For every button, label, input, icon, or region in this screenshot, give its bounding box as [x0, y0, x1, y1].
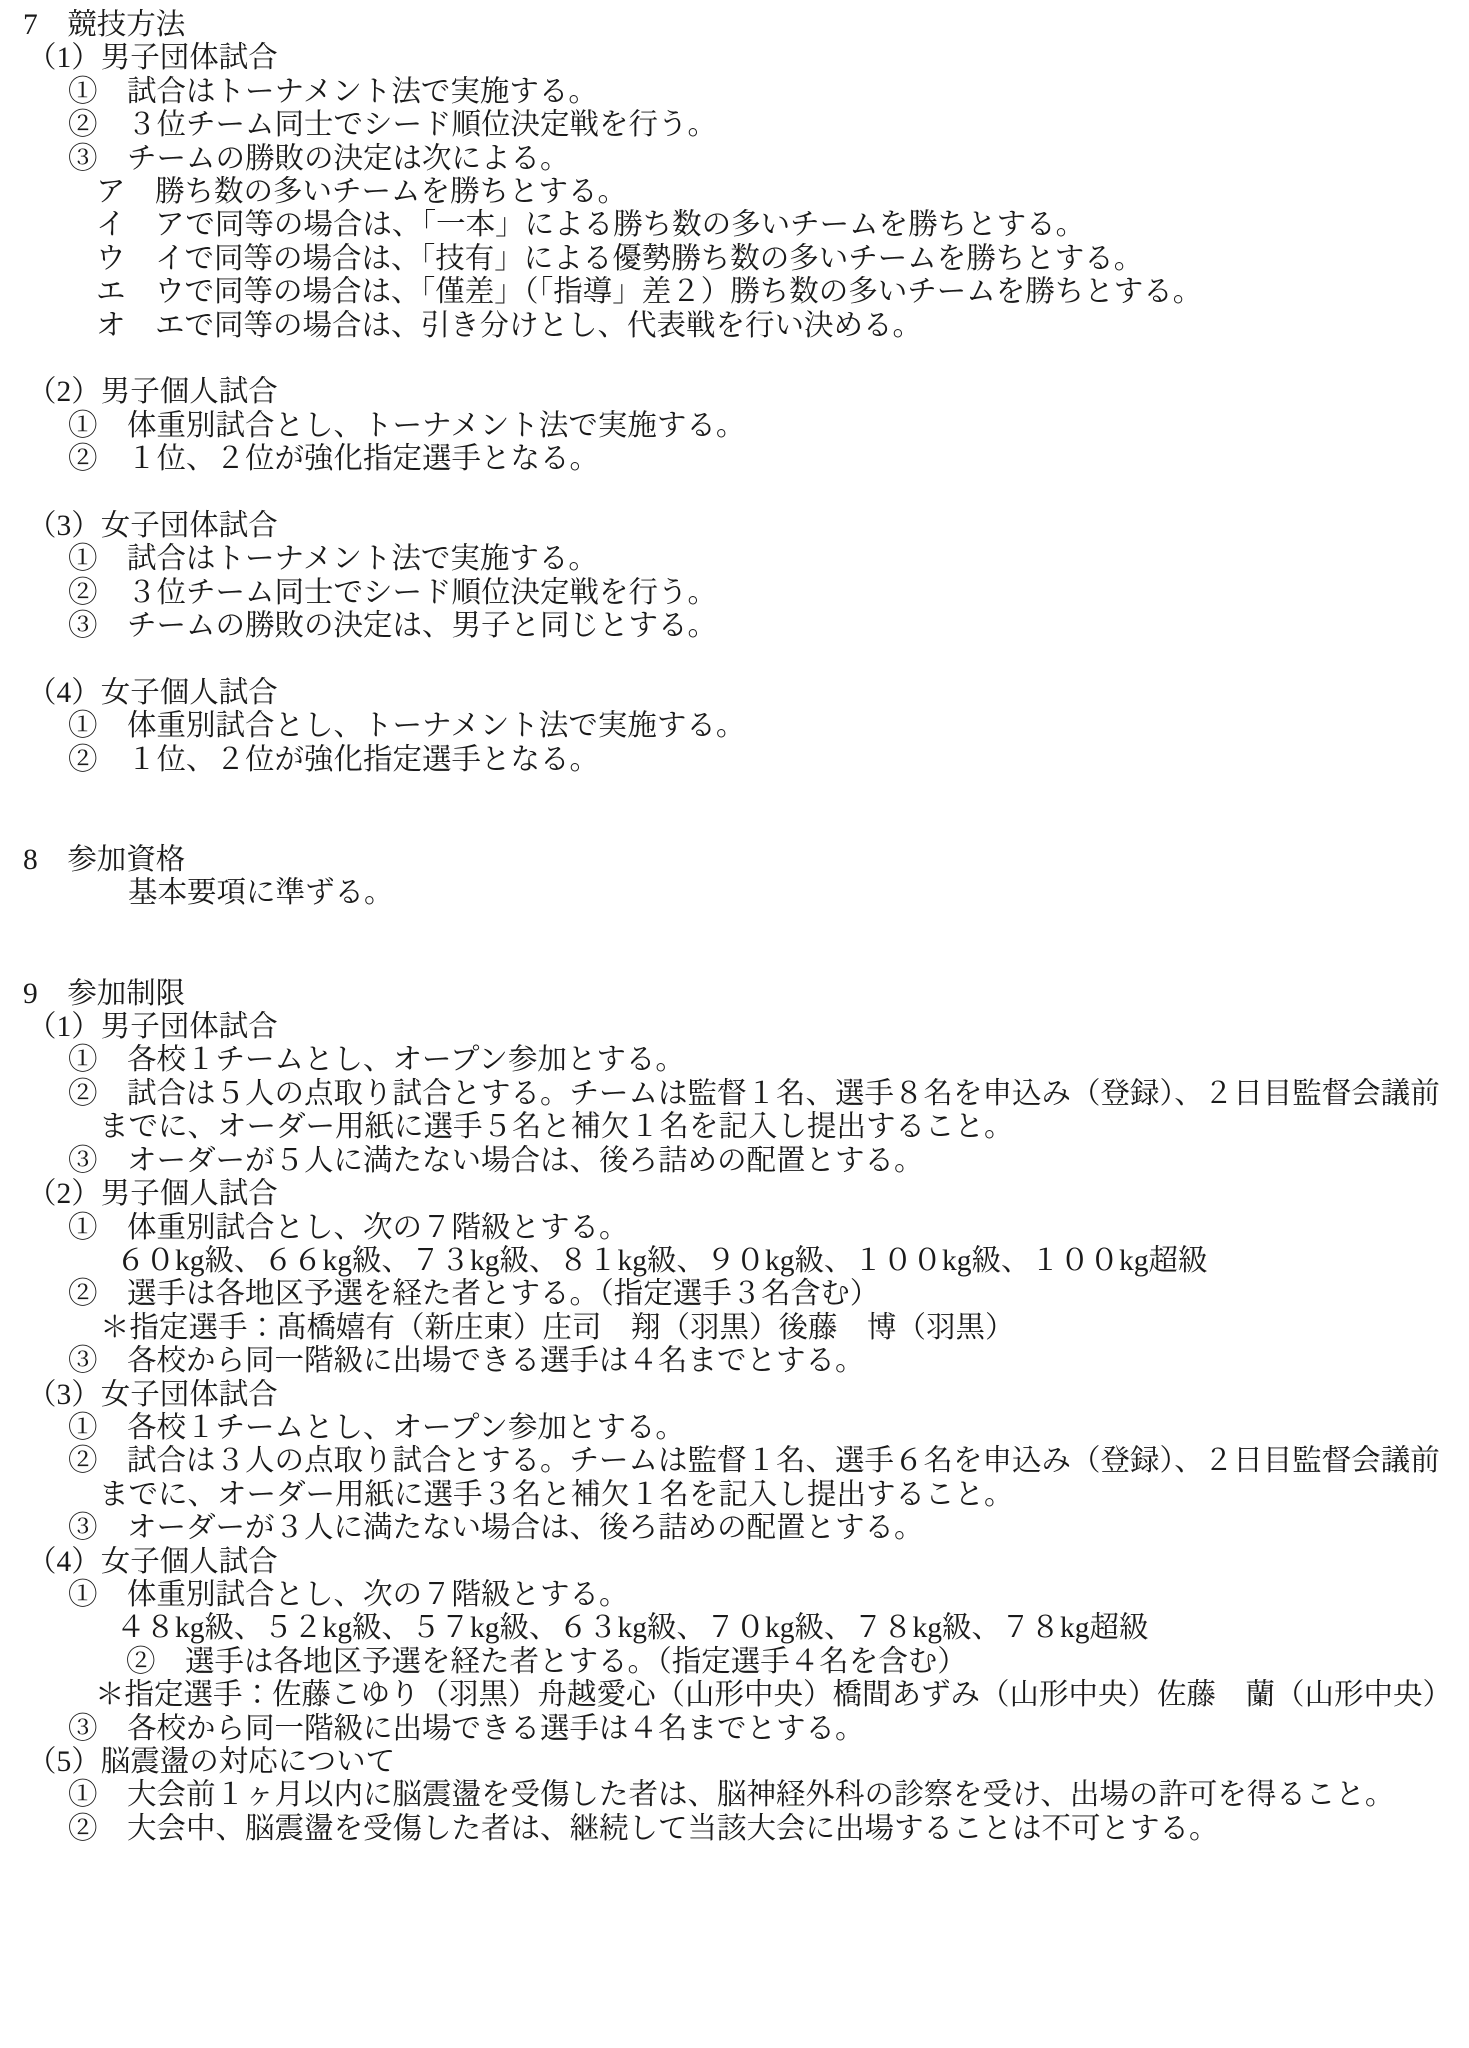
list-item: ① 大会前１ヶ月以内に脳震盪を受傷した者は、脳神経外科の診察を受け、出場の許可を… [0, 1779, 1469, 1812]
subsection-heading: （3）女子団体試合 [0, 1379, 1469, 1412]
sub-list-item: エ ウで同等の場合は、「僅差」（「指導」差２）勝ち数の多いチームを勝ちとする。 [0, 276, 1469, 309]
list-item-continuation: までに、オーダー用紙に選手５名と補欠１名を記入し提出すること。 [0, 1111, 1469, 1144]
blank-line [0, 477, 1469, 510]
blank-line [0, 777, 1469, 810]
list-item: ② ３位チーム同士でシード順位決定戦を行う。 [0, 109, 1469, 142]
list-item: ③ チームの勝敗の決定は、男子と同じとする。 [0, 610, 1469, 643]
blank-line [0, 811, 1469, 844]
list-item: ① 試合はトーナメント法で実施する。 [0, 76, 1469, 109]
subsection-heading: （5）脳震盪の対応について [0, 1746, 1469, 1779]
sub-list-item: オ エで同等の場合は、引き分けとし、代表戦を行い決める。 [0, 310, 1469, 343]
weight-classes: ４８kg級、５２kg級、５７kg級、６３kg級、７０kg級、７８kg級、７８kg… [0, 1612, 1469, 1645]
designated-players-note: ＊指定選手：髙橋嬉有（新庄東）庄司 翔（羽黒）後藤 博（羽黒） [0, 1312, 1469, 1345]
list-item: ② 試合は３人の点取り試合とする。チームは監督１名、選手６名を申込み（登録）、２… [0, 1445, 1469, 1478]
list-item: ② 選手は各地区予選を経た者とする。（指定選手３名含む） [0, 1278, 1469, 1311]
document-body: 7 競技方法（1）男子団体試合① 試合はトーナメント法で実施する。② ３位チーム… [0, 9, 1469, 1846]
list-item: ② ３位チーム同士でシード順位決定戦を行う。 [0, 577, 1469, 610]
list-item: ② 試合は５人の点取り試合とする。チームは監督１名、選手８名を申込み（登録）、２… [0, 1078, 1469, 1111]
list-item: ① 各校１チームとし、オープン参加とする。 [0, 1044, 1469, 1077]
sub-list-item: ウ イで同等の場合は、「技有」による優勢勝ち数の多いチームを勝ちとする。 [0, 243, 1469, 276]
designated-players-note: ＊指定選手：佐藤こゆり（羽黒）舟越愛心（山形中央）橋間あずみ（山形中央）佐藤 蘭… [0, 1679, 1469, 1712]
list-item: ① 体重別試合とし、トーナメント法で実施する。 [0, 410, 1469, 443]
sub-list-item: ア 勝ち数の多いチームを勝ちとする。 [0, 176, 1469, 209]
list-item-continuation: までに、オーダー用紙に選手３名と補欠１名を記入し提出すること。 [0, 1479, 1469, 1512]
list-item: ① 体重別試合とし、トーナメント法で実施する。 [0, 710, 1469, 743]
section-9-heading: 9 参加制限 [0, 978, 1469, 1011]
list-item: ③ 各校から同一階級に出場できる選手は４名までとする。 [0, 1713, 1469, 1746]
section-8-heading: 8 参加資格 [0, 844, 1469, 877]
list-item: ② 選手は各地区予選を経た者とする。（指定選手４名を含む） [0, 1646, 1469, 1679]
subsection-heading: （4）女子個人試合 [0, 1546, 1469, 1579]
list-item: ② １位、２位が強化指定選手となる。 [0, 744, 1469, 777]
list-item: ① 体重別試合とし、次の７階級とする。 [0, 1212, 1469, 1245]
list-item: ① 体重別試合とし、次の７階級とする。 [0, 1579, 1469, 1612]
sub-list-item: イ アで同等の場合は、「一本」による勝ち数の多いチームを勝ちとする。 [0, 209, 1469, 242]
subsection-heading: （3）女子団体試合 [0, 510, 1469, 543]
blank-line [0, 944, 1469, 977]
weight-classes: ６０kg級、６６kg級、７３kg級、８１kg級、９０kg級、１００kg級、１００… [0, 1245, 1469, 1278]
subsection-heading: （2）男子個人試合 [0, 376, 1469, 409]
list-item: ③ チームの勝敗の決定は次による。 [0, 143, 1469, 176]
subsection-heading: （1）男子団体試合 [0, 42, 1469, 75]
list-item: ② 大会中、脳震盪を受傷した者は、継続して当該大会に出場することは不可とする。 [0, 1813, 1469, 1846]
blank-line [0, 911, 1469, 944]
section-7-heading: 7 競技方法 [0, 9, 1469, 42]
list-item: ③ オーダーが３人に満たない場合は、後ろ詰めの配置とする。 [0, 1512, 1469, 1545]
list-item: ② １位、２位が強化指定選手となる。 [0, 443, 1469, 476]
blank-line [0, 343, 1469, 376]
subsection-heading: （1）男子団体試合 [0, 1011, 1469, 1044]
subsection-heading: （2）男子個人試合 [0, 1178, 1469, 1211]
subsection-heading: （4）女子個人試合 [0, 677, 1469, 710]
list-item: ③ オーダーが５人に満たない場合は、後ろ詰めの配置とする。 [0, 1145, 1469, 1178]
body-text: 基本要項に準ずる。 [0, 877, 1469, 910]
list-item: ① 試合はトーナメント法で実施する。 [0, 543, 1469, 576]
list-item: ③ 各校から同一階級に出場できる選手は４名までとする。 [0, 1345, 1469, 1378]
document-page: 7 競技方法（1）男子団体試合① 試合はトーナメント法で実施する。② ３位チーム… [0, 0, 1469, 2048]
blank-line [0, 644, 1469, 677]
list-item: ① 各校１チームとし、オープン参加とする。 [0, 1412, 1469, 1445]
